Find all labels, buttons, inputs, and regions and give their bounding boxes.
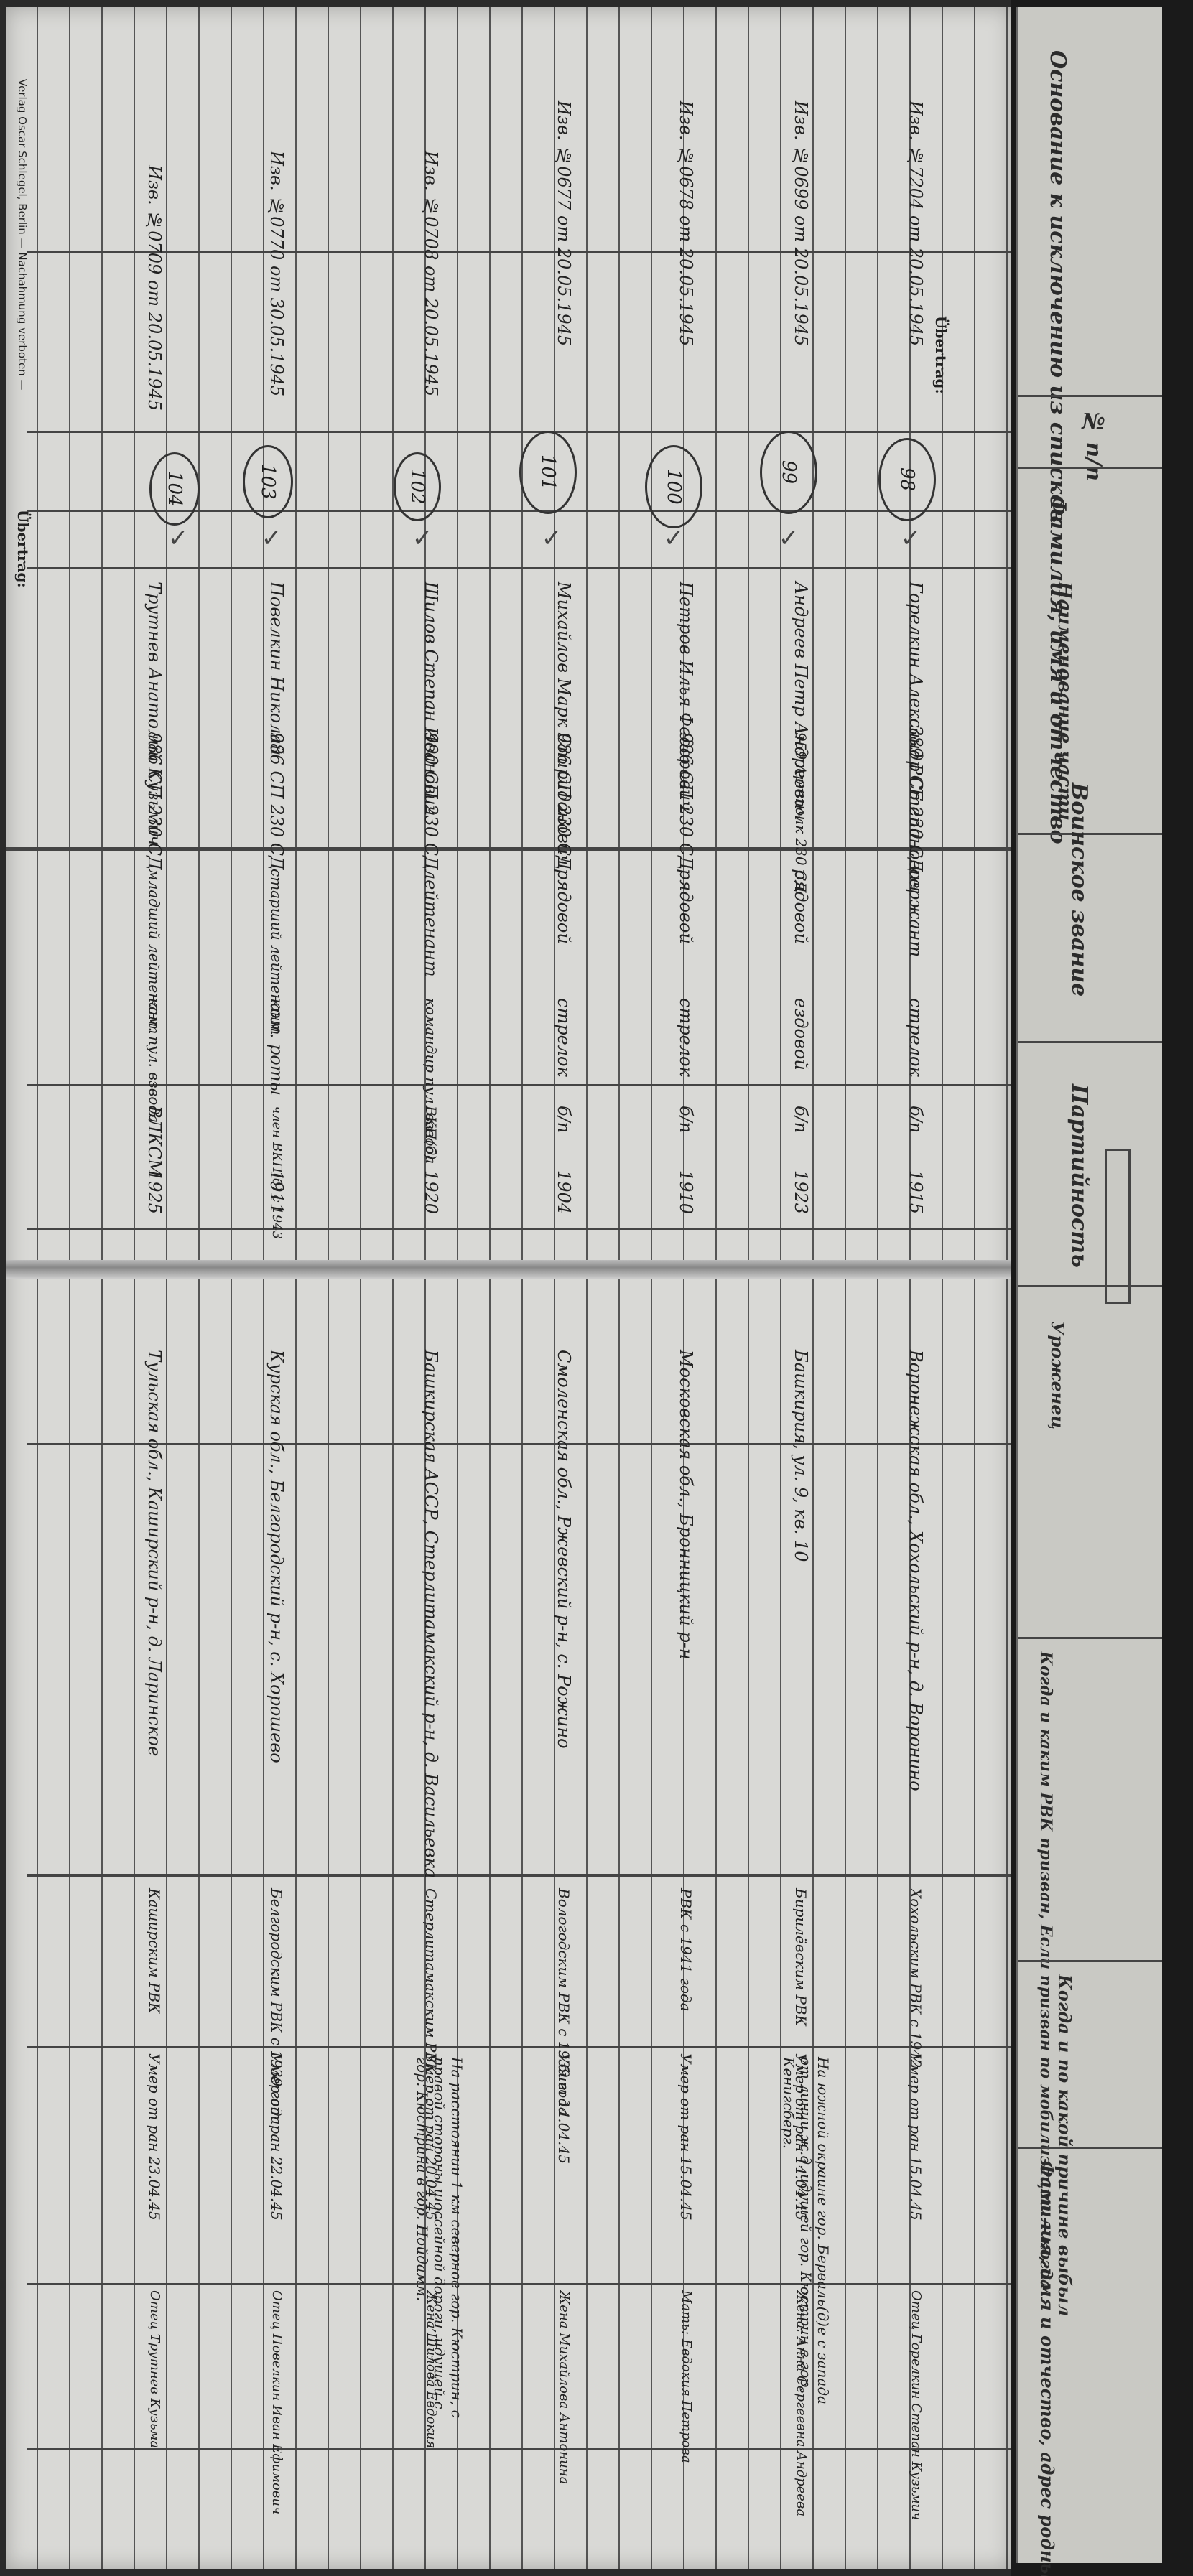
header-party: Партийность [1062,1084,1096,1268]
check-mark-icon: ✓ [896,524,925,553]
record-birthplace: Московская обл., Бронницкий р-н [674,1350,698,1867]
record-order: Изв. №7204 от 20.05.1945 [904,101,928,346]
record-number-circle: 99 [760,431,817,514]
header-divider [1018,1285,1162,1287]
record-number: 104 [164,471,185,507]
page-fold [6,1260,1011,1279]
record-birthplace: Башкирская АССР, Стерлитамакский р-н, д.… [419,1350,443,1867]
surname: Шилов [421,582,441,644]
header-divider [1018,395,1162,397]
record-party: ВЛКСМ [142,1106,167,1177]
record-birth-year: 1923 [789,1170,813,1214]
record-birthplace: Смоленская обл., Ржевский р-н, с. Рожино [552,1350,576,1867]
record-party: ВКП(б) [419,1106,443,1159]
header-divider [1018,1041,1162,1043]
header-divider [1018,1960,1162,1962]
header-divider [1018,1637,1162,1639]
record-party: б/п [789,1106,813,1133]
record-drafted: Вологодским РВК с 1939 года [552,1888,576,2039]
record-drafted: Каширским РВК [142,1888,167,2039]
column-divider [27,567,1011,569]
check-mark-icon: ✓ [257,524,286,553]
record-party: б/п [904,1106,928,1133]
check-mark-icon: ✓ [659,524,688,553]
column-divider [27,1228,1011,1230]
check-mark-icon: ✓ [774,524,803,553]
record-rank: рядовой [674,869,698,944]
record-number-circle: 103 [243,445,293,518]
record-birth-year: 1915 [904,1170,928,1214]
record-number-circle: 98 [878,438,936,521]
carry-over-label-left: Übertrag: [14,510,32,588]
record-position: ком. роты [264,998,289,1096]
header-divider [1018,467,1162,469]
column-divider [27,431,1011,433]
record-unit: 389 РСБ 230 СД [904,725,928,872]
record-birth-year: 1910 [674,1170,698,1214]
record-position: ком. пул. взвода [142,998,167,1123]
record-order: Изв. №0699 от 20.05.1945 [789,101,813,346]
record-number: 99 [778,460,799,484]
record-birthplace: Курская обл., Белгородский р-н, с. Хорош… [264,1350,289,1867]
column-divider [27,2046,1011,2048]
record-order: Изв. №0678 от 20.05.1945 [674,101,698,346]
record-order: Изв. №0709 от 20.05.1945 [142,165,167,411]
surname: Михайлов [554,582,574,673]
header-rank: Воинское звание [1062,783,1096,997]
record-number-circle: 102 [394,452,441,521]
record-birthplace: Тульская обл., Каширский р-н, д. Ларинск… [142,1350,167,1867]
record-unit: 986 СП 230 СД [264,732,289,870]
column-divider [27,1443,1011,1445]
record-position: ездовой [789,998,813,1070]
record-drafted: Стерлитамакским РВК [419,1888,443,2039]
record-rank: рядовой [789,869,813,944]
header-drafted: Когда и каким РВК призван, Если призван … [1033,1651,1059,1967]
surname: Горелкин [906,582,926,668]
record-reason: Умер от ран 15.04.45 [904,2053,928,2269]
record-order: Изв. №0708 от 20.05.1945 [419,151,443,396]
record-number-circle: 100 [645,445,702,528]
record-number-circle: 104 [149,452,200,526]
record-birth-year: 1925 [142,1170,167,1214]
ruler-stamp [1105,1149,1131,1304]
header-reason: Основание к исключению из списков [1040,50,1074,523]
record-unit: 986 СП 230 СД [674,732,698,870]
record-drafted: Хохольским РВК с 1942 [904,1888,928,2039]
column-divider [27,2448,1011,2450]
header-cover-strip: Основание к исключению из списков № п/п … [1016,7,1162,2563]
record-party: б/п [552,1106,576,1133]
record-rank: сержант [904,869,928,957]
record-party: б/п [674,1106,698,1133]
record-relatives: Жена Михайлова Антонина [552,2290,576,2448]
record-order: Изв. №0677 от 20.05.1945 [552,101,576,346]
record-drafted: Бирилёвским РВК [789,1888,813,2039]
record-number: 103 [257,464,279,500]
surname: Петров [676,582,696,655]
record-order: Изв. №0770 от 30.05.1945 [264,151,289,396]
record-drafted: Белгородским РВК с 1939 года [264,1888,289,2039]
carry-over-label-top: Übertrag: [932,316,950,394]
record-relatives: Отец Трутнев Кузьма [142,2290,167,2448]
record-birthplace: Воронежская обл., Хохольский р-н, д. Вор… [904,1350,928,1867]
record-reason: Убит 14.04.45 [552,2053,576,2269]
record-birth-year: 1911 [264,1170,289,1214]
column-divider [27,1084,1011,1086]
record-birth-year: 1920 [419,1170,443,1214]
check-mark-icon: ✓ [537,524,566,553]
burial-note-south: На южной окраине гор. Берваль(д)е с запа… [616,2057,832,2430]
record-position: стрелок [552,998,576,1077]
check-mark-icon: ✓ [164,524,192,553]
record-number: 101 [537,454,559,490]
column-divider [27,2283,1011,2285]
record-birthplace: Башкирия, ул. 9, кв. 10 [789,1350,813,1867]
record-unit: 990 СП 230 СД [419,732,443,870]
record-position: стрелок [674,998,698,1077]
burial-note-north: На расстоянии 1 км северное гор. Кюстрин… [250,2057,465,2430]
surname: Повелкин [266,582,287,671]
column-divider [27,1874,1011,1877]
surname: Андреев [791,582,811,658]
record-number: 102 [407,469,428,505]
record-name: Повелкин Николай [264,582,289,755]
record-unit: 986 СП 230 СД [552,732,576,870]
header-number: № п/п [1076,409,1110,481]
column-divider [27,251,1011,253]
register-page: Verlag Oscar Schlegel, Berlin — Nachahmu… [6,7,1011,2569]
record-position: стрелок [904,998,928,1077]
record-reason: Умер от ран 23.04.45 [142,2053,167,2269]
record-number: 100 [663,469,684,505]
check-mark-icon: ✓ [408,524,437,553]
record-relatives: Отец Горелкин Степан Кузьмич [904,2290,928,2448]
record-birth-year: 1904 [552,1170,576,1214]
header-divider [1018,2147,1162,2149]
publisher-imprint: Verlag Oscar Schlegel, Berlin — Nachahmu… [16,79,29,390]
header-birthplace: Уроженец [1040,1321,1074,1429]
record-unit: 986 СП 230 СД [142,732,167,870]
record-rank: рядовой [552,869,576,944]
record-number-circle: 101 [519,431,577,514]
header-relatives: Фамилия, имя и отчество, адрес родных (ж… [1033,2161,1062,2549]
record-rank: лейтенант [419,869,443,977]
record-number: 98 [896,467,918,491]
surname: Трутнев [144,582,164,662]
record-drafted: РВК с 1941 года [674,1888,698,2039]
